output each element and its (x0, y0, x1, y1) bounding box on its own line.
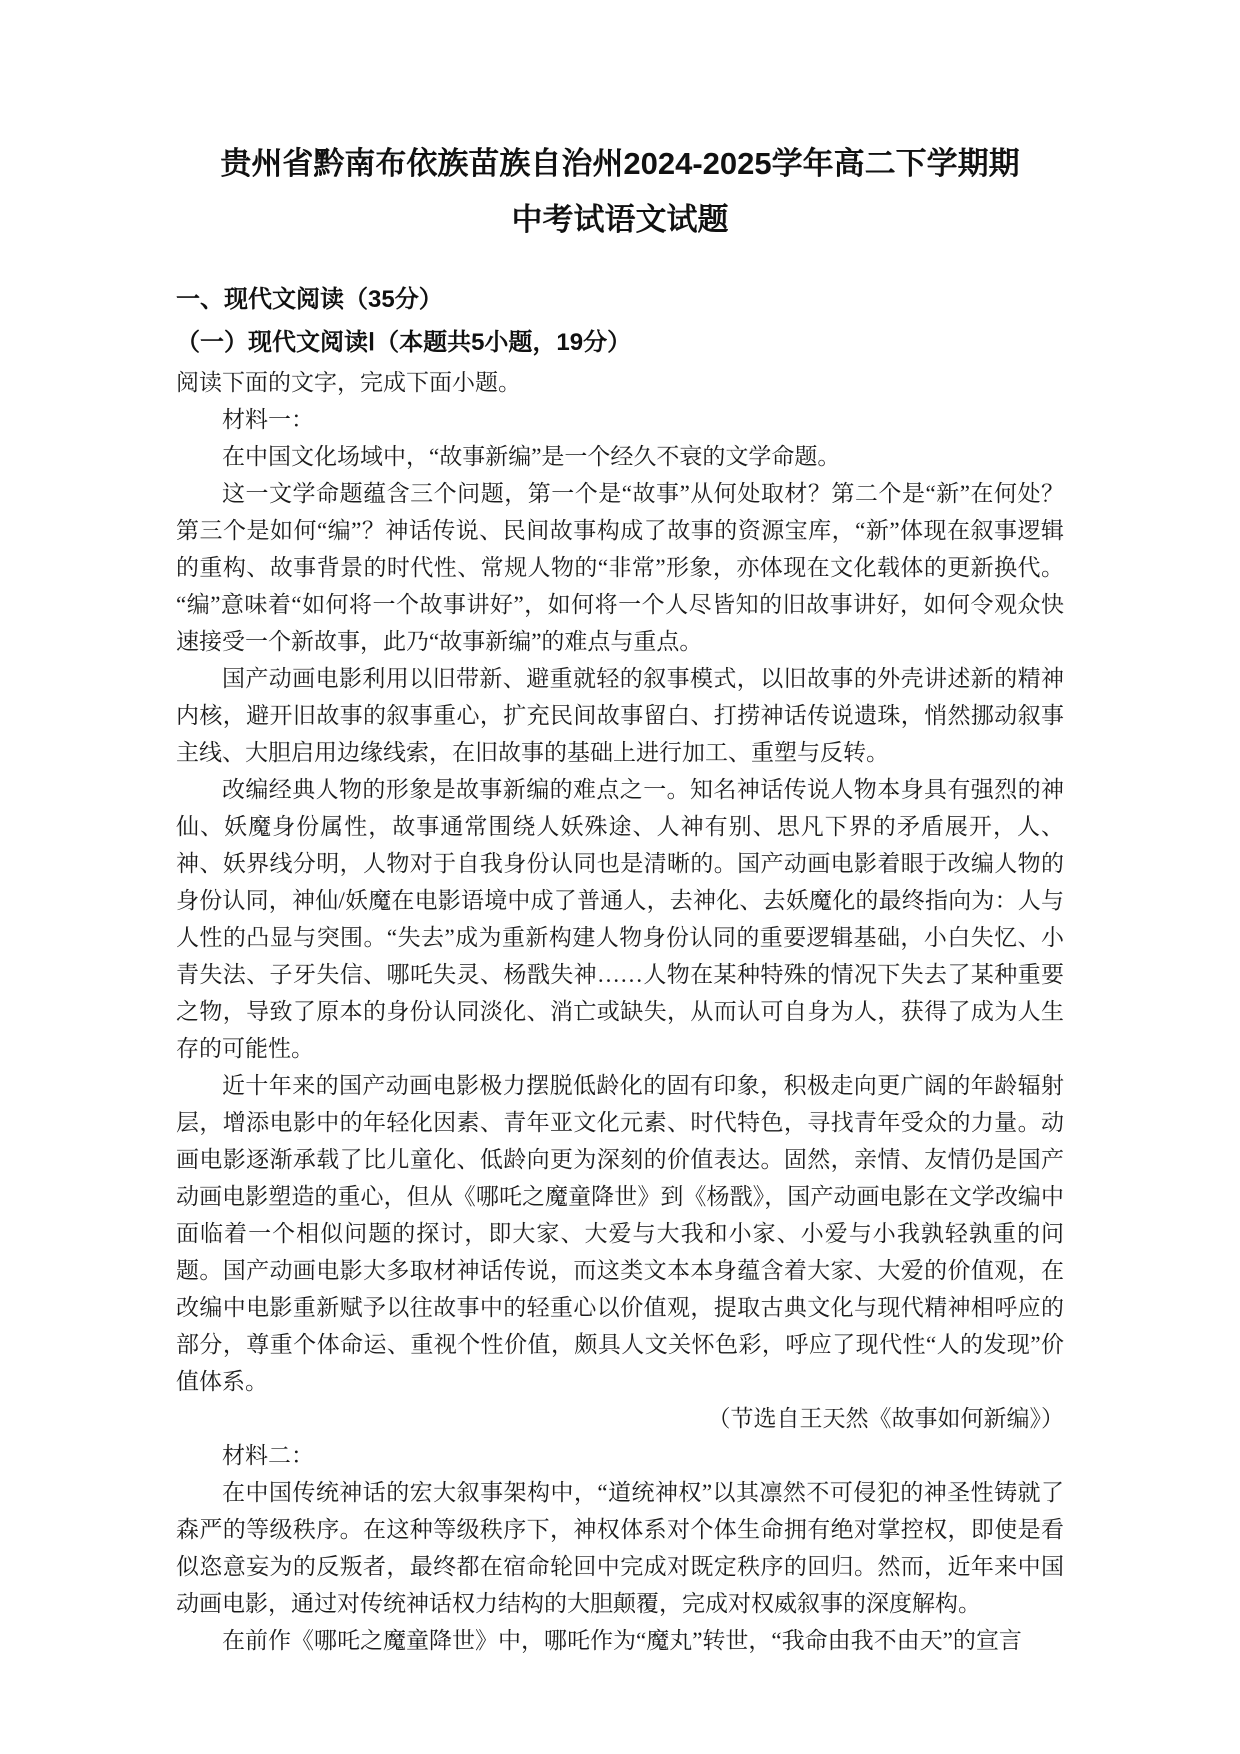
material-one-attribution: （节选自王天然《故事如何新编》） (176, 1400, 1064, 1437)
document-title: 贵州省黔南布依族苗族自治州2024-2025学年高二下学期期 中考试语文试题 (176, 136, 1064, 248)
document-title-line-1: 贵州省黔南布依族苗族自治州2024-2025学年高二下学期期 (220, 146, 1019, 181)
reading-passage: 阅读下面的文字，完成下面小题。 材料一： 在中国文化场域中，“故事新编”是一个经… (176, 364, 1064, 1659)
material-one-paragraph-1: 在中国文化场域中，“故事新编”是一个经久不衰的文学命题。 (176, 438, 1064, 475)
material-one-label: 材料一： (176, 401, 1064, 438)
passage-instruction: 阅读下面的文字，完成下面小题。 (176, 364, 1064, 401)
document-title-line-2: 中考试语文试题 (512, 202, 729, 237)
section-heading-modern-reading: 一、现代文阅读（35分） (176, 278, 1064, 321)
material-two-paragraph-2: 在前作《哪吒之魔童降世》中，哪吒作为“魔丸”转世，“我命由我不由天”的宣言 (176, 1622, 1064, 1659)
material-one-paragraph-3: 国产动画电影利用以旧带新、避重就轻的叙事模式，以旧故事的外壳讲述新的精神内核，避… (176, 660, 1064, 771)
material-one-paragraph-4: 改编经典人物的形象是故事新编的难点之一。知名神话传说人物本身具有强烈的神仙、妖魔… (176, 771, 1064, 1067)
material-one-paragraph-5: 近十年来的国产动画电影极力摆脱低龄化的固有印象，积极走向更广阔的年龄辐射层，增添… (176, 1067, 1064, 1400)
material-one-paragraph-2: 这一文学命题蕴含三个问题，第一个是“故事”从何处取材？第二个是“新”在何处？第三… (176, 475, 1064, 660)
exam-paper-page: 贵州省黔南布依族苗族自治州2024-2025学年高二下学期期 中考试语文试题 一… (0, 0, 1240, 1754)
material-two-label: 材料二： (176, 1437, 1064, 1474)
material-two-paragraph-1: 在中国传统神话的宏大叙事架构中，“道统神权”以其凛然不可侵犯的神圣性铸就了森严的… (176, 1474, 1064, 1622)
subsection-heading-modern-reading-1: （一）现代文阅读Ⅰ（本题共5小题，19分） (176, 321, 1064, 364)
